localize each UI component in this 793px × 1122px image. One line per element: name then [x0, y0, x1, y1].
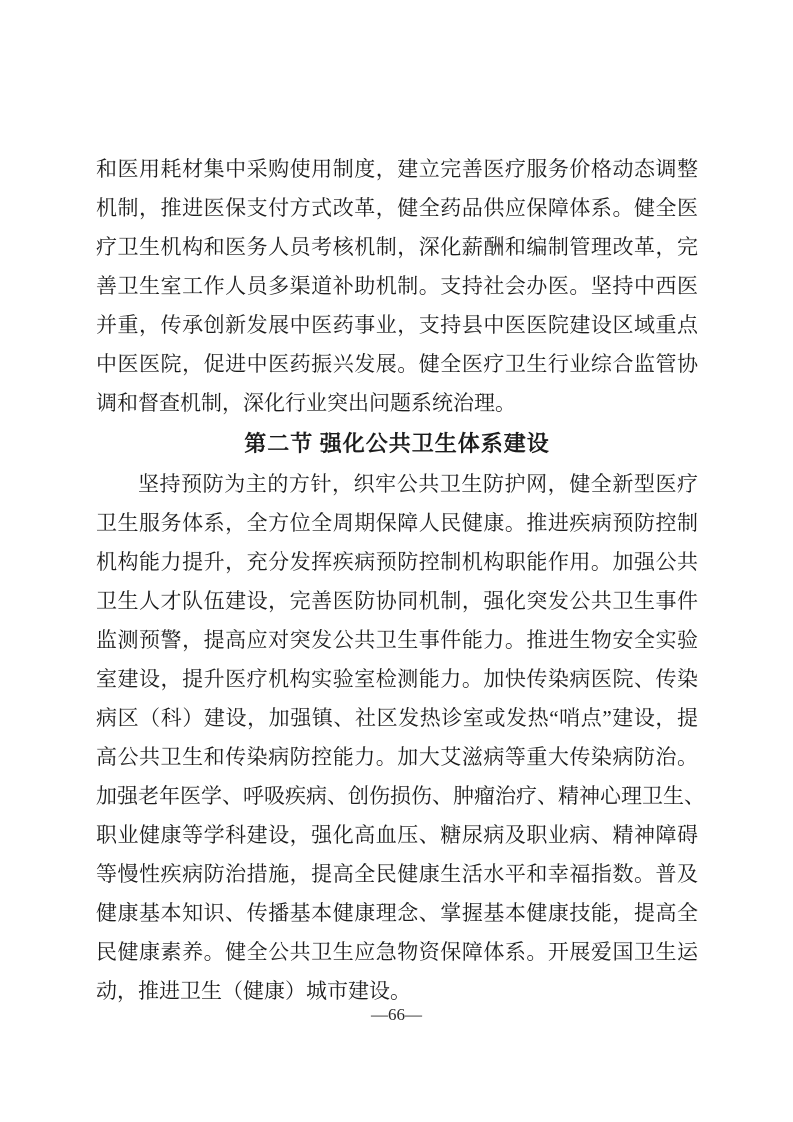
paragraph-line: 病区（科）建设，加强镇、社区发热诊室或发热“哨点”建设，提	[96, 699, 698, 738]
paragraph-line: 和医用耗材集中采购使用制度，建立完善医疗服务价格动态调整	[96, 150, 698, 189]
paragraph-line: 室建设，提升医疗机构实验室检测能力。加快传染病医院、传染	[96, 660, 698, 699]
paragraph-line: 坚持预防为主的方针，织牢公共卫生防护网，健全新型医疗	[96, 465, 698, 504]
paragraph-line: 并重，传承创新发展中医药事业，支持县中医医院建设区域重点	[96, 306, 698, 345]
paragraph-line: 机制，推进医保支付方式改革，健全药品供应保障体系。健全医	[96, 189, 698, 228]
paragraph-line: 卫生人才队伍建设，完善医防协同机制，强化突发公共卫生事件	[96, 582, 698, 621]
paragraph-line: 加强老年医学、呼吸疾病、创伤损伤、肿瘤治疗、精神心理卫生、	[96, 777, 698, 816]
paragraph-line: 调和督查机制，深化行业突出问题系统治理。	[96, 384, 698, 423]
paragraph-line: 中医医院，促进中医药振兴发展。健全医疗卫生行业综合监管协	[96, 345, 698, 384]
paragraph-line: 高公共卫生和传染病防控能力。加大艾滋病等重大传染病防治。	[96, 738, 698, 777]
paragraph-line: 善卫生室工作人员多渠道补助机制。支持社会办医。坚持中西医	[96, 267, 698, 306]
paragraph-line: 等慢性疾病防治措施，提高全民健康生活水平和幸福指数。普及	[96, 855, 698, 894]
paragraph-line: 监测预警，提高应对突发公共卫生事件能力。推进生物安全实验	[96, 621, 698, 660]
paragraph-line: 健康基本知识、传播基本健康理念、掌握基本健康技能，提高全	[96, 894, 698, 933]
page-number: —66—	[0, 1005, 793, 1025]
paragraph-line: 机构能力提升，充分发挥疾病预防控制机构职能作用。加强公共	[96, 543, 698, 582]
paragraph-before-heading: 和医用耗材集中采购使用制度，建立完善医疗服务价格动态调整 机制，推进医保支付方式…	[96, 150, 698, 423]
paragraph-line: 疗卫生机构和医务人员考核机制，深化薪酬和编制管理改革，完	[96, 228, 698, 267]
section-heading: 第二节 强化公共卫生体系建设	[96, 423, 698, 465]
paragraph-line: 民健康素养。健全公共卫生应急物资保障体系。开展爱国卫生运	[96, 933, 698, 972]
paragraph-line: 卫生服务体系，全方位全周期保障人民健康。推进疾病预防控制	[96, 504, 698, 543]
document-page: 和医用耗材集中采购使用制度，建立完善医疗服务价格动态调整 机制，推进医保支付方式…	[0, 0, 793, 1122]
paragraph-after-heading: 坚持预防为主的方针，织牢公共卫生防护网，健全新型医疗 卫生服务体系，全方位全周期…	[96, 465, 698, 1011]
paragraph-line: 职业健康等学科建设，强化高血压、糖尿病及职业病、精神障碍	[96, 816, 698, 855]
page-content: 和医用耗材集中采购使用制度，建立完善医疗服务价格动态调整 机制，推进医保支付方式…	[96, 150, 698, 1011]
